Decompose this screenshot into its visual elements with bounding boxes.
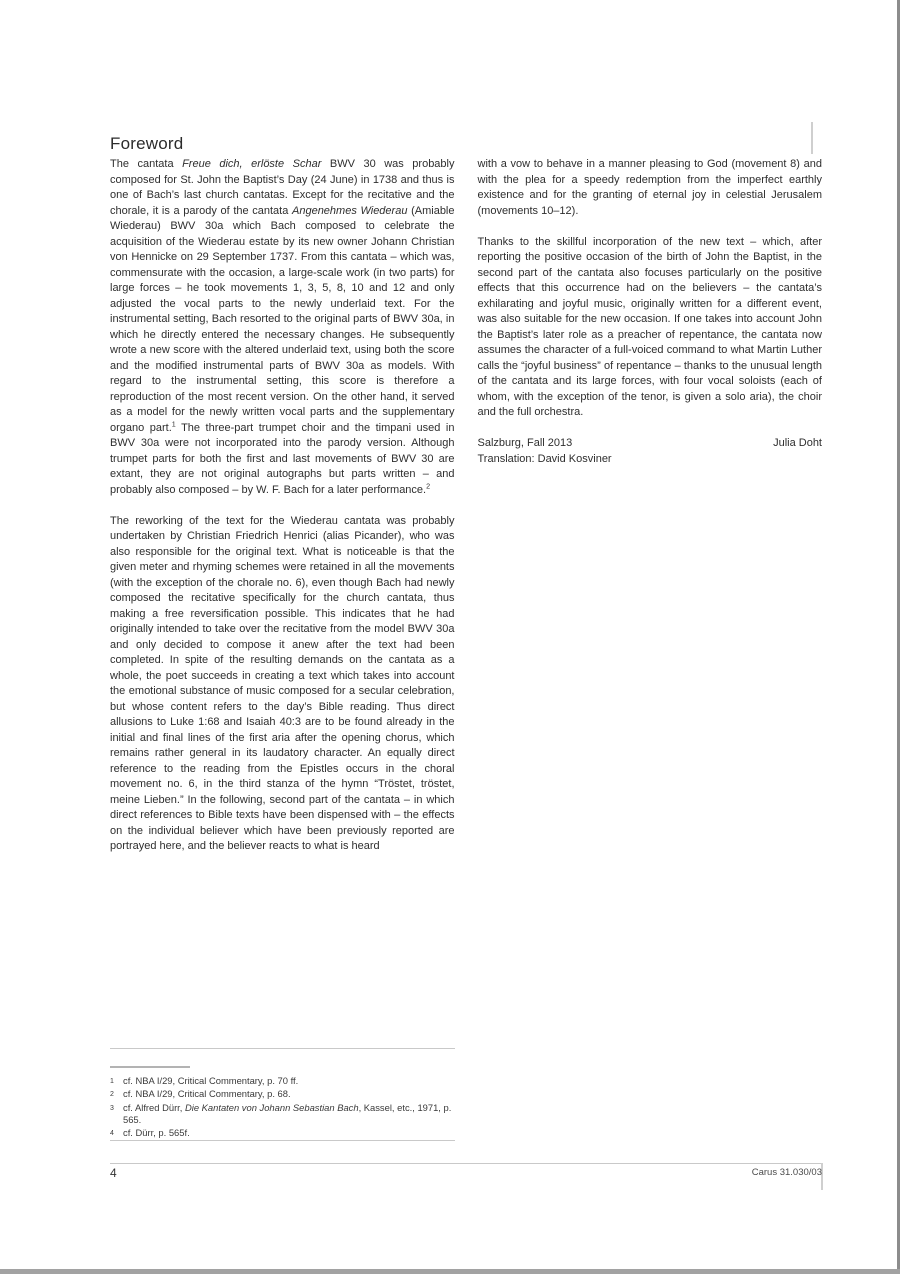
footnote-marker: 3 <box>110 1102 123 1127</box>
signature-place-date: Salzburg, Fall 2013 <box>478 436 573 452</box>
footnote-marker: 2 <box>110 1088 123 1101</box>
edition-number: Carus 31.030/03 <box>110 1167 822 1178</box>
footnote-text: cf. Dürr, p. 565f. <box>123 1127 455 1140</box>
translation-credit: Translation: David Kosviner <box>478 452 823 468</box>
footnote-text: cf. Alfred Dürr, Die Kantaten von Johann… <box>123 1102 455 1127</box>
footnote-marker: 4 <box>110 1127 123 1140</box>
footnote: 3 cf. Alfred Dürr, Die Kantaten von Joha… <box>110 1102 455 1127</box>
footnote: 1 cf. NBA I/29, Critical Commentary, p. … <box>110 1075 455 1088</box>
two-column-text: The cantata Freue dich, erlöste Schar BW… <box>110 157 822 855</box>
footnote-text: cf. NBA I/29, Critical Commentary, p. 68… <box>123 1088 455 1101</box>
paragraph: The reworking of the text for the Wieder… <box>110 514 455 855</box>
left-column: The cantata Freue dich, erlöste Schar BW… <box>110 157 455 855</box>
footer-rule <box>110 1163 822 1164</box>
paragraph: Thanks to the skillful incorporation of … <box>478 235 823 421</box>
document-page: Foreword The cantata Freue dich, erlöste… <box>0 0 900 1274</box>
footnote-end-rule <box>110 1140 455 1141</box>
paragraph: The cantata Freue dich, erlöste Schar BW… <box>110 157 455 498</box>
page-edge-shadow-bottom <box>0 1269 900 1274</box>
footnote: 4 cf. Dürr, p. 565f. <box>110 1127 455 1140</box>
footnote: 2 cf. NBA I/29, Critical Commentary, p. … <box>110 1088 455 1101</box>
footnotes: 1 cf. NBA I/29, Critical Commentary, p. … <box>110 1075 455 1140</box>
page-title: Foreword <box>110 134 183 154</box>
footnote-marker: 1 <box>110 1075 123 1088</box>
footnote-separator-rule <box>110 1066 190 1068</box>
footnote-text: cf. NBA I/29, Critical Commentary, p. 70… <box>123 1075 455 1088</box>
signature-author: Julia Doht <box>773 436 822 452</box>
right-column: with a vow to behave in a manner pleasin… <box>478 157 823 855</box>
margin-tick <box>811 122 813 154</box>
signature-row: Salzburg, Fall 2013 Julia Doht <box>478 436 823 452</box>
column-end-rule <box>110 1048 455 1049</box>
paragraph: with a vow to behave in a manner pleasin… <box>478 157 823 219</box>
